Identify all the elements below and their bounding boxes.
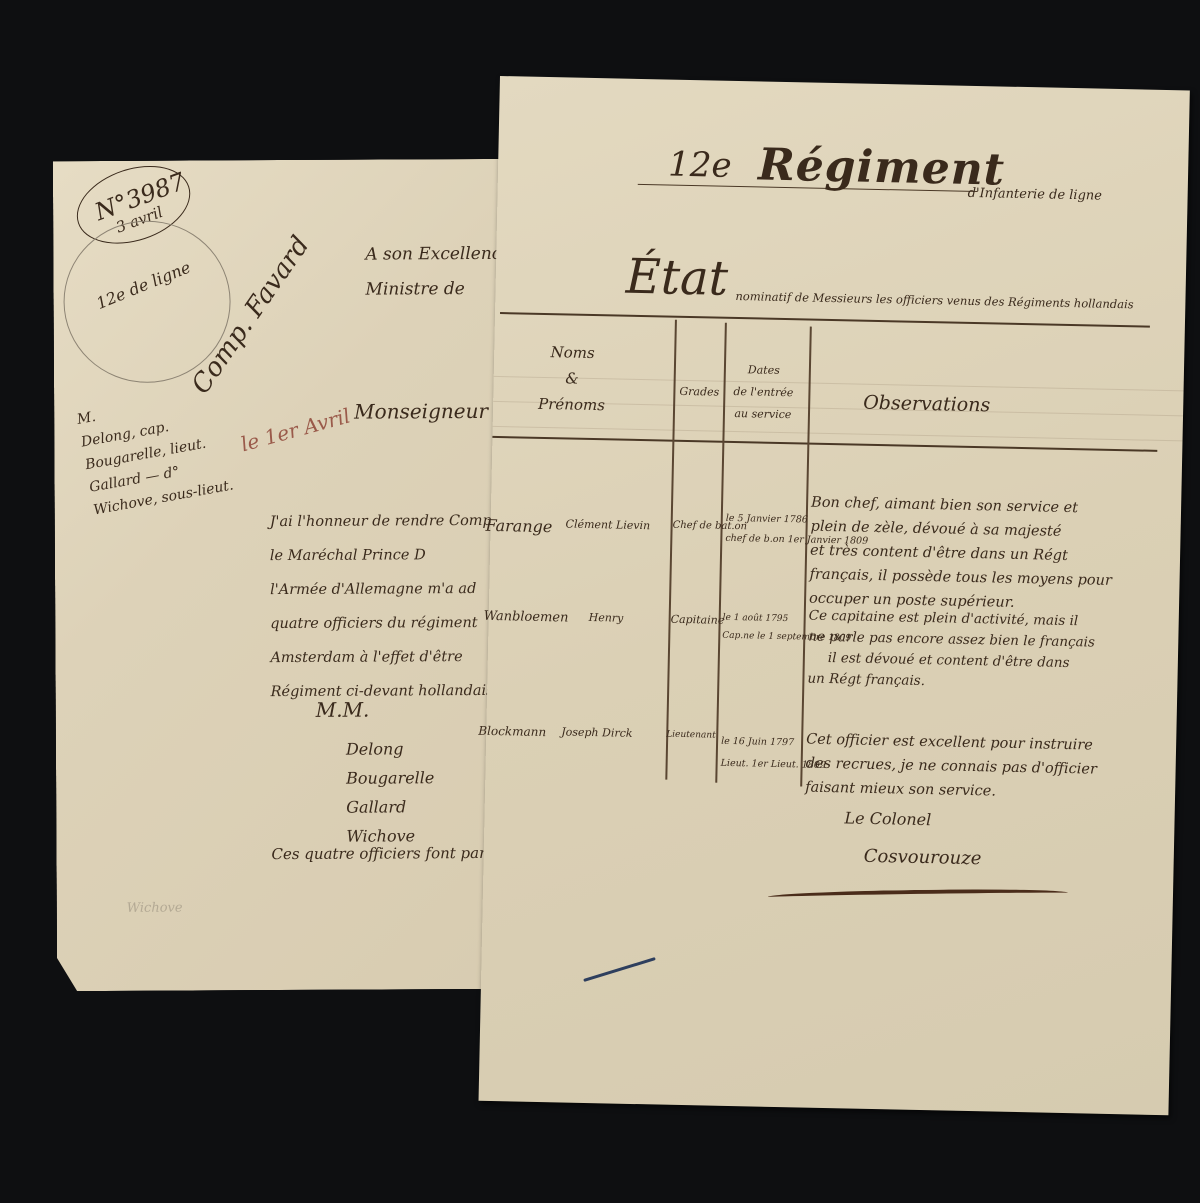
row-surname: Wanbloemen bbox=[484, 609, 569, 626]
signature-title: Le Colonel bbox=[844, 808, 931, 829]
row-given-names: Clément Lievin bbox=[565, 517, 650, 532]
signature-flourish bbox=[768, 888, 1068, 902]
closing-line: Ces quatre officiers font parti bbox=[271, 844, 497, 863]
named-officer: Delong bbox=[346, 734, 434, 763]
body-line: l'Armée d'Allemagne m'a ad bbox=[270, 572, 493, 607]
body-line: Régiment ci-devant hollandais bbox=[271, 674, 494, 709]
title-number: 12e bbox=[668, 145, 732, 186]
body-line: quatre officiers du régiment bbox=[270, 606, 493, 641]
title-suffix: d'Infanterie de ligne bbox=[967, 186, 1102, 204]
table-row: Wanbloemen Henry Capitaine le 1 août 179… bbox=[500, 76, 1190, 90]
body-line: J'ai l'honneur de rendre Comp bbox=[270, 504, 493, 539]
named-officer: Gallard bbox=[346, 792, 434, 821]
table-row: Farange Clément Lievin Chef de bat.on le… bbox=[500, 76, 1190, 90]
row-observations: Cet officier est excellent pour instruir… bbox=[805, 728, 1098, 806]
header-dates: Dates de l'entrée au service bbox=[733, 359, 794, 426]
pencil-note: Wichove bbox=[127, 901, 183, 916]
body-line: le Maréchal Prince D bbox=[270, 538, 493, 573]
header-grade: Grades bbox=[679, 385, 719, 399]
body-line: Amsterdam à l'effet d'être bbox=[270, 640, 493, 675]
regiment-state-sheet: 12e Régiment d'Infanterie de ligne État … bbox=[479, 76, 1190, 1115]
heading-suffix: nominatif de Messieurs les officiers ven… bbox=[735, 289, 1133, 311]
row-surname: Blockmann bbox=[478, 724, 546, 739]
row-given-names: Joseph Dirck bbox=[561, 725, 632, 739]
table-top-rule bbox=[500, 312, 1150, 328]
letter-body: J'ai l'honneur de rendre Comp le Marécha… bbox=[270, 504, 494, 709]
row-surname: Farange bbox=[485, 516, 552, 536]
address-line: Ministre de bbox=[365, 279, 464, 300]
row-observations: Ce capitaine est plein d'activité, mais … bbox=[807, 606, 1095, 696]
heading-etat: État bbox=[625, 249, 728, 307]
signature: Cosvourouze bbox=[864, 846, 982, 869]
named-officers: Delong Bougarelle Gallard Wichove bbox=[346, 734, 435, 850]
row-observations: Bon chef, aimant bien son service et ple… bbox=[809, 491, 1114, 617]
named-officers-heading: M.M. bbox=[316, 698, 370, 722]
header-observations: Observations bbox=[863, 392, 990, 417]
row-grade: Capitaine bbox=[671, 613, 725, 627]
letter-sheet: N°3987 3 avril 12e de ligne Comp. Favard… bbox=[53, 159, 517, 991]
margin-officer-list: M. Delong, cap. Bougarelle, lieut. Galla… bbox=[75, 384, 235, 523]
named-officer: Bougarelle bbox=[346, 763, 434, 792]
table-row: Blockmann Joseph Dirck Lieutenant le 16 … bbox=[500, 76, 1190, 90]
row-given-names: Henry bbox=[589, 611, 624, 625]
salutation: Monseigneur bbox=[354, 399, 488, 424]
red-annotation: le 1er Avril bbox=[238, 404, 353, 457]
header-names: Noms & Prénoms bbox=[538, 339, 606, 418]
address-line: A son Excellence bbox=[365, 244, 511, 265]
row-grade: Lieutenant bbox=[666, 730, 716, 741]
